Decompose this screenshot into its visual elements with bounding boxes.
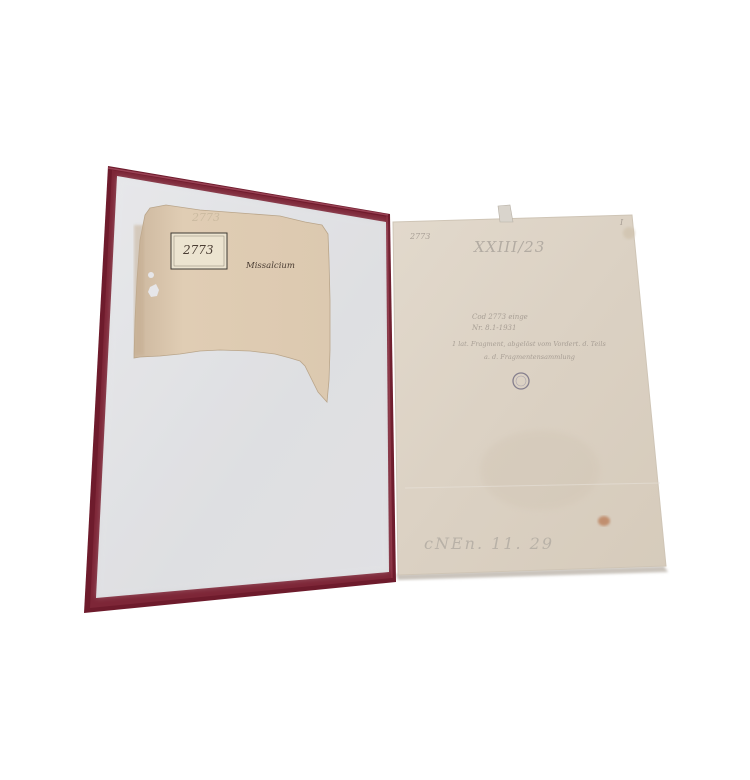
library-stamp-icon xyxy=(513,373,529,389)
open-book-illustration xyxy=(0,0,750,780)
manuscript-photo: 2773 2773 Missalcium 2773 XXIII/23 I Cod… xyxy=(0,0,750,780)
